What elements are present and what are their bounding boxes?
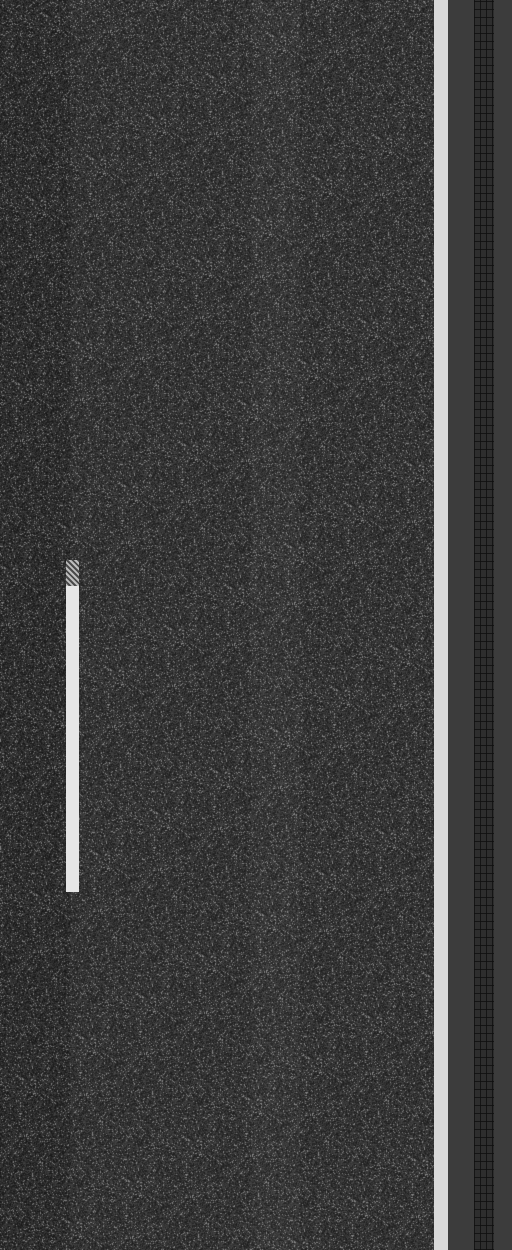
lane-dash-marking <box>66 586 79 892</box>
drainage-grid <box>474 0 494 1250</box>
worn-dash-end <box>66 560 79 586</box>
edge-line-marking <box>434 0 448 1250</box>
road-scene <box>0 0 512 1250</box>
